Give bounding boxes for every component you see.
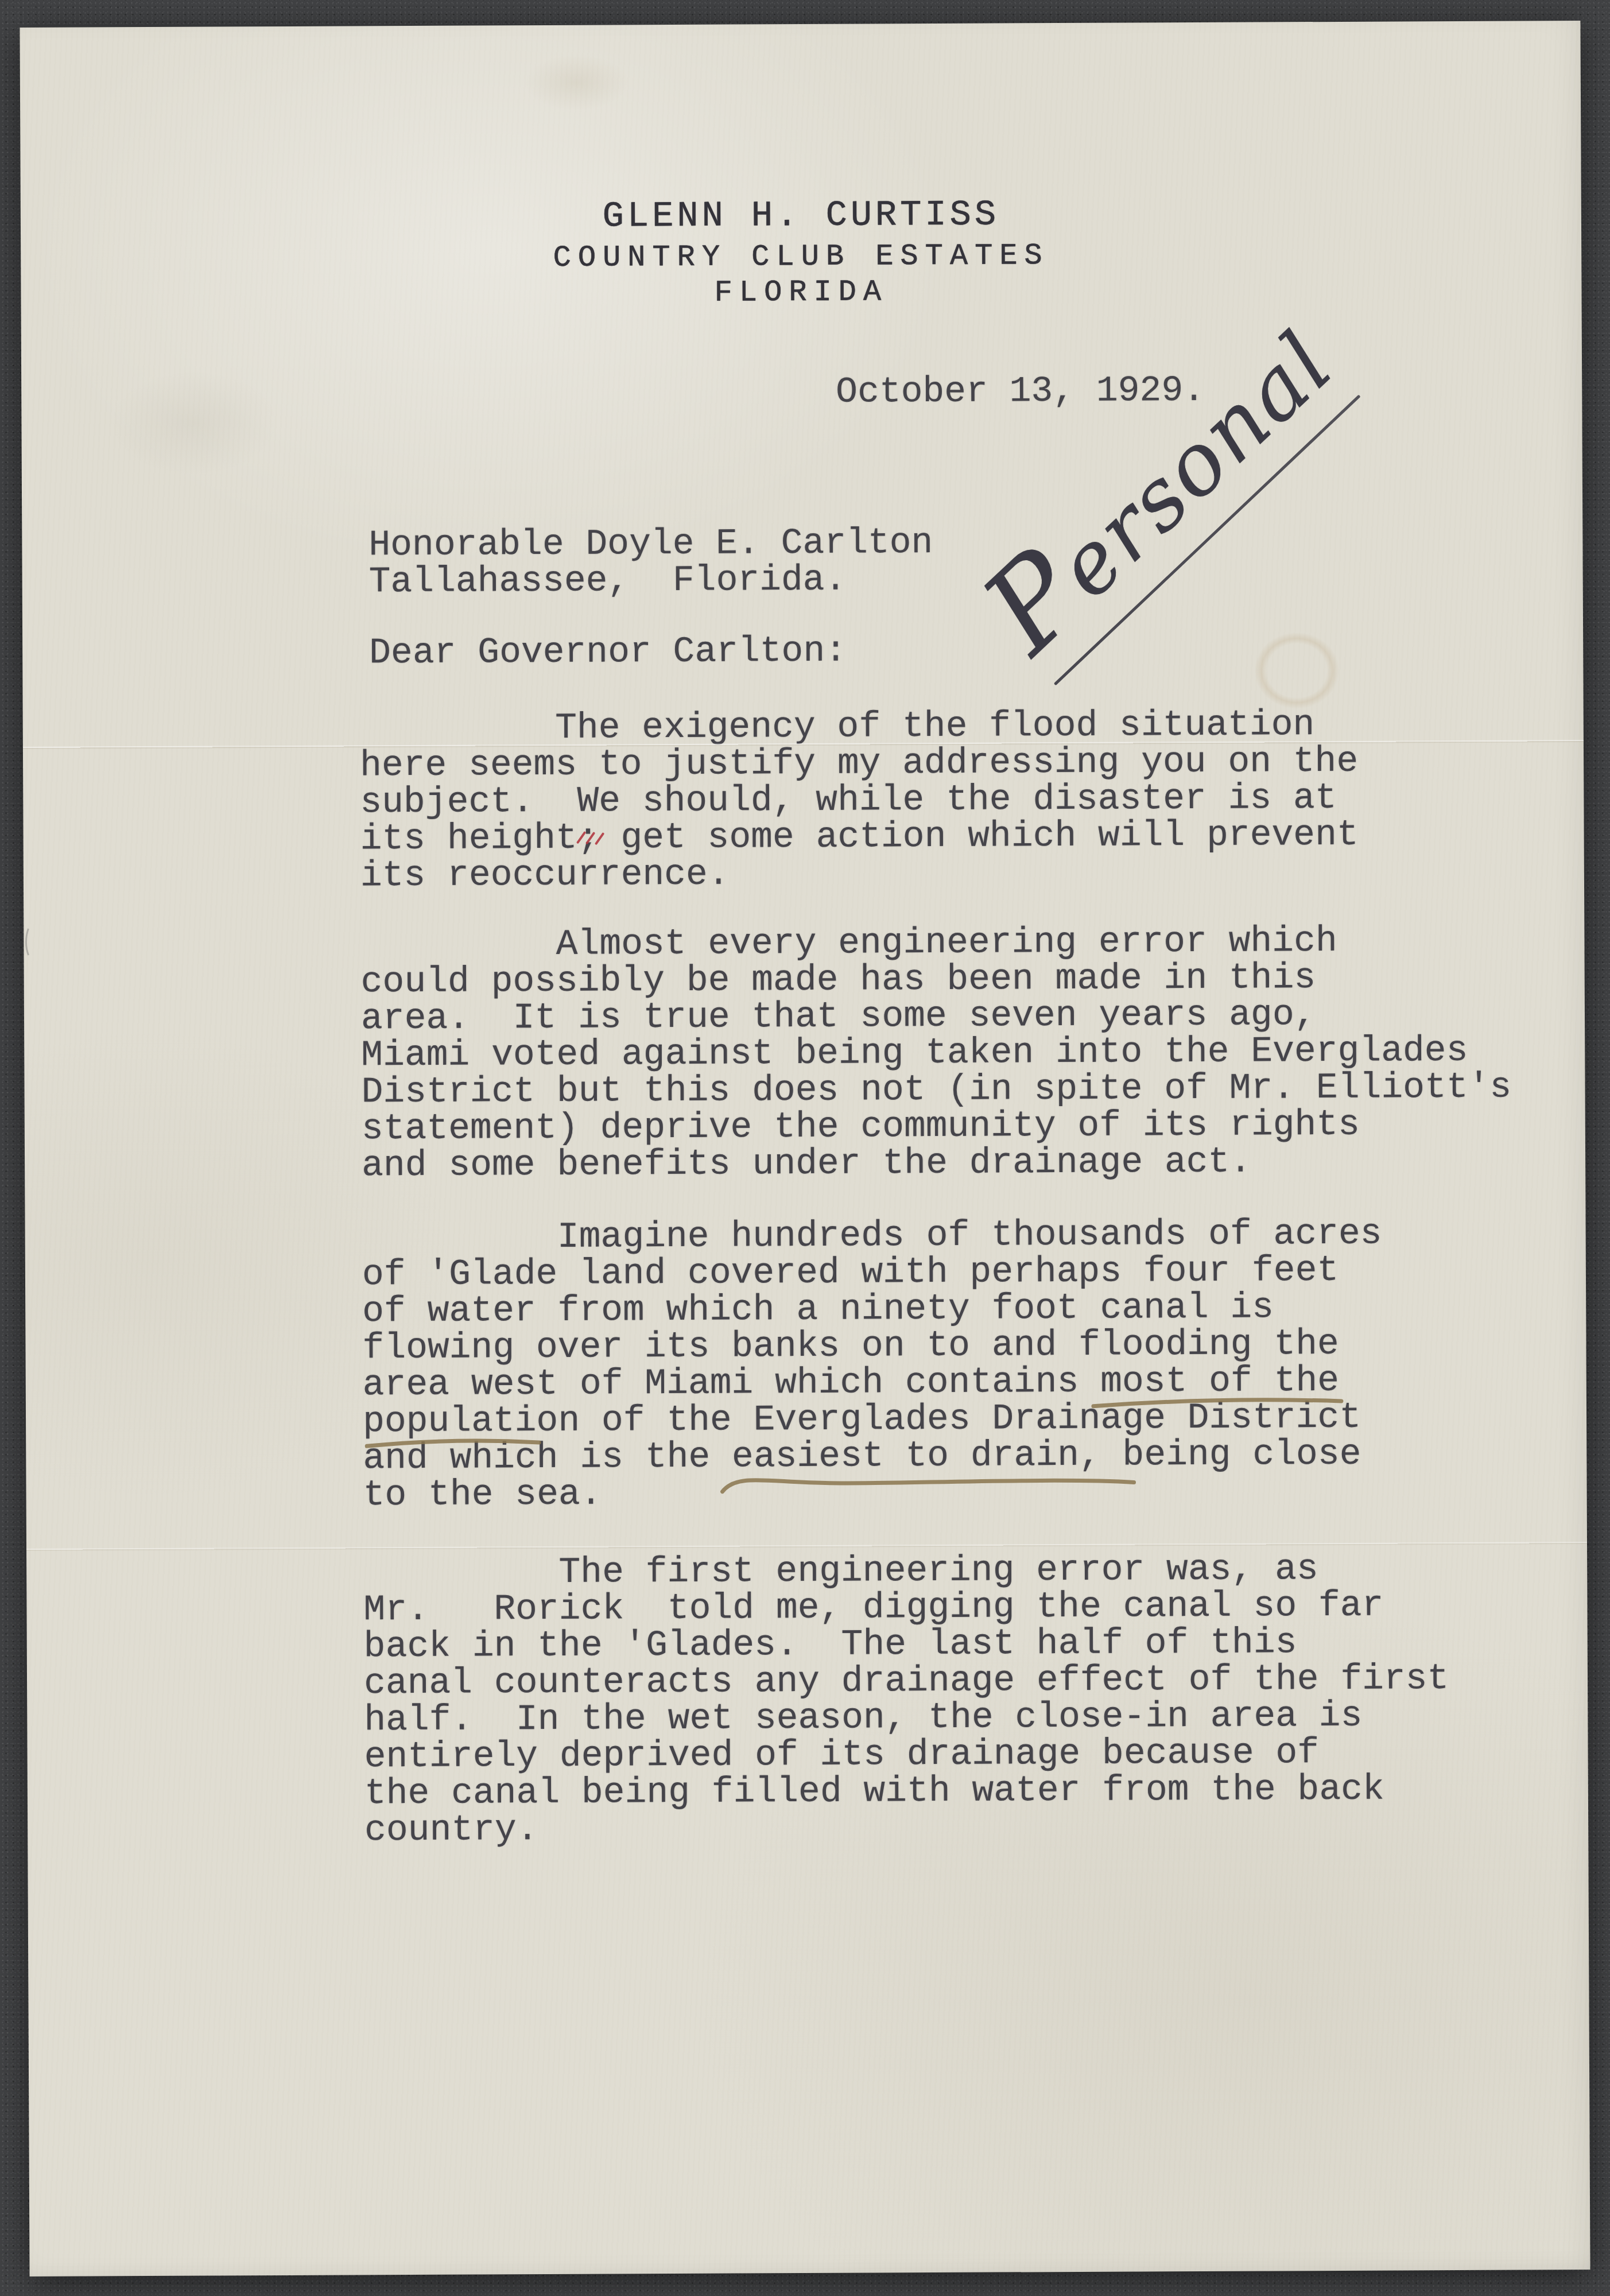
- letterhead-state: FLORIDA: [21, 272, 1581, 313]
- pencil-mark-left-edge: [26, 929, 28, 955]
- body-paragraph-2: Almost every engineering error which cou…: [360, 922, 1512, 1185]
- scan-background: { "document_type": "scanned typewritten …: [0, 0, 1610, 2296]
- paper-stain-corner: [73, 348, 315, 498]
- letter-paper: GLENN H. CURTISS COUNTRY CLUB ESTATES FL…: [20, 21, 1590, 2276]
- body-paragraph-1: The exigency of the flood situation here…: [360, 707, 1359, 895]
- body-paragraph-3: Imagine hundreds of thousands of acres o…: [362, 1216, 1383, 1514]
- body-paragraph-4: The first engineering error was, as Mr. …: [363, 1550, 1450, 1849]
- paper-stain-top: [502, 42, 652, 123]
- salutation: Dear Governor Carlton:: [369, 633, 847, 672]
- fold-crease-lower: [26, 1542, 1587, 1551]
- personal-handwritten-note: Personal: [960, 282, 1368, 677]
- letterhead-estate-name: COUNTRY CLUB ESTATES: [21, 236, 1581, 277]
- recipient-address: Honorable Doyle E. Carlton Tallahassee, …: [368, 525, 933, 600]
- letterhead-owner-name: GLENN H. CURTISS: [21, 192, 1581, 239]
